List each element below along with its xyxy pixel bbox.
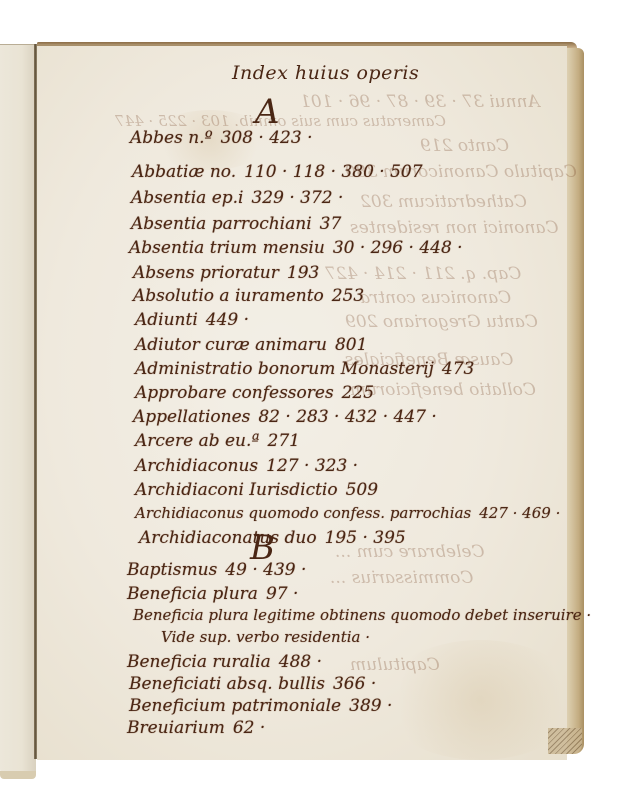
entry-pages: 37 [320,214,342,234]
index-entry: Beneficia ruralia488 · [127,652,322,672]
index-entry: Beneficiati absq. bullis366 · [129,674,376,694]
bleed-through-line: Cantu Gregoriano 209 [345,312,538,332]
entry-pages: 366 · [333,674,376,694]
entry-pages: 488 · [279,652,322,672]
index-entry: Abbes n.º308 · 423 · [130,128,313,148]
entry-term: Baptismus [127,560,217,580]
index-entry: Beneficia plura97 · [127,584,298,604]
index-entry: Beneficia plura legitime obtinens quomod… [133,606,599,624]
index-entry: Archidiaconus127 · 323 · [135,456,358,476]
entry-term: Archidiaconus [135,456,258,476]
index-entry: Breuiarium62 · [127,718,265,738]
entry-pages: 473 [442,359,474,379]
index-entry: Absolutio a iuramento253 [133,286,364,306]
bleed-through-line: Collatio beneficiorum [350,380,536,400]
entry-term: Beneficia ruralia [127,652,271,672]
entry-pages: 49 · 439 · [225,560,306,580]
index-entry: Adiunti449 · [135,310,249,330]
book-gutter [34,44,37,759]
bleed-through-line: Canonici non residentes [350,218,558,238]
index-entry: Absentia ep.i329 · 372 · [131,188,343,208]
entry-pages: 193 [287,263,319,283]
index-entry-cross-reference: Vide sup. verbo residentia · [161,628,378,646]
entry-term: Archidiaconatus duo [139,528,317,548]
index-entry: Appellationes82 · 283 · 432 · 447 · [133,407,437,427]
entry-term: Administratio bonorum Monasterij [135,359,434,379]
entry-term: Vide sup. verbo residentia · [161,628,370,646]
bleed-through-line: Cathedraticum 302 [360,192,527,212]
index-entry: Archidiaconi Iurisdictio509 [135,480,378,500]
entry-pages: 62 · [233,718,265,738]
index-entry: Adiutor curæ animaru801 [135,335,367,355]
entry-term: Adiunti [135,310,198,330]
worn-page-corner [548,728,582,754]
entry-term: Beneficium patrimoniale [129,696,341,716]
entry-term: Appellationes [133,407,250,427]
entry-pages: 97 · [266,584,298,604]
entry-pages: 449 · [206,310,249,330]
index-entry: Baptismus49 · 439 · [127,560,306,580]
entry-term: Abbes n.º [130,128,213,148]
entry-pages: 225 [342,383,374,403]
entry-pages: 308 · 423 · [221,128,313,148]
entry-pages: 509 [346,480,378,500]
entry-term: Absentia ep.i [131,188,243,208]
left-leaf [0,44,36,775]
bleed-through-line: Canonicus contra [360,288,511,308]
page-title: Index huius operis [232,62,419,84]
index-entry: Archidiaconus quomodo confess. parrochia… [135,504,560,522]
index-entry: Administratio bonorum Monasterij473 [135,359,474,379]
entry-term: Abbatiæ no. [132,162,236,182]
entry-term: Arcere ab eu.ª [135,431,260,451]
entry-term: Absentia parrochiani [131,214,312,234]
section-letter-a: A [255,92,280,132]
entry-term: Adiutor curæ animaru [135,335,327,355]
bleed-through-line: Capitulum [350,655,440,675]
entry-pages: 271 [268,431,300,451]
entry-term: Beneficiati absq. bullis [129,674,325,694]
entry-term: Beneficia plura [127,584,258,604]
entry-pages: 195 · 395 [325,528,406,548]
index-entry: Abbatiæ no.110 · 118 · 380 · 507 [132,162,423,182]
bleed-through-line: Canto 219 [420,136,509,156]
bleed-through-line: Cap. q. 211 · 214 · 427 [325,264,521,284]
entry-term: Absentia trium mensiu [129,238,325,258]
entry-pages: 82 · 283 · 432 · 447 · [258,407,436,427]
entry-term: Archidiaconus quomodo confess. parrochia… [135,504,471,522]
bleed-through-line: Commissarius ... [330,568,473,588]
entry-term: Absolutio a iuramento [133,286,324,306]
entry-pages: 127 · 323 · [266,456,358,476]
entry-term: Absens prioratur [133,263,279,283]
entry-pages: 253 [332,286,364,306]
entry-term: Breuiarium [127,718,225,738]
entry-pages: 30 · 296 · 448 · [333,238,463,258]
index-entry: Absentia parrochiani37 [131,214,341,234]
index-entry: Arcere ab eu.ª271 [135,431,300,451]
entry-pages: 427 · 469 · [479,504,560,522]
index-entry: Absentia trium mensiu30 · 296 · 448 · [129,238,463,258]
entry-term: Approbare confessores [135,383,334,403]
index-entry: Approbare confessores225 [135,383,374,403]
entry-pages: 329 · 372 · [251,188,343,208]
index-entry: Beneficium patrimoniale389 · [129,696,392,716]
entry-pages: 389 · [349,696,392,716]
entry-pages: 801 [335,335,367,355]
entry-pages: 110 · 118 · 380 · 507 [244,162,422,182]
index-entry: Absens prioratur193 [133,263,319,283]
entry-term: Archidiaconi Iurisdictio [135,480,338,500]
bleed-through-line: Annui 37 · 39 · 87 · 96 · 101 [300,92,540,112]
entry-term: Beneficia plura legitime obtinens quomod… [133,606,591,624]
